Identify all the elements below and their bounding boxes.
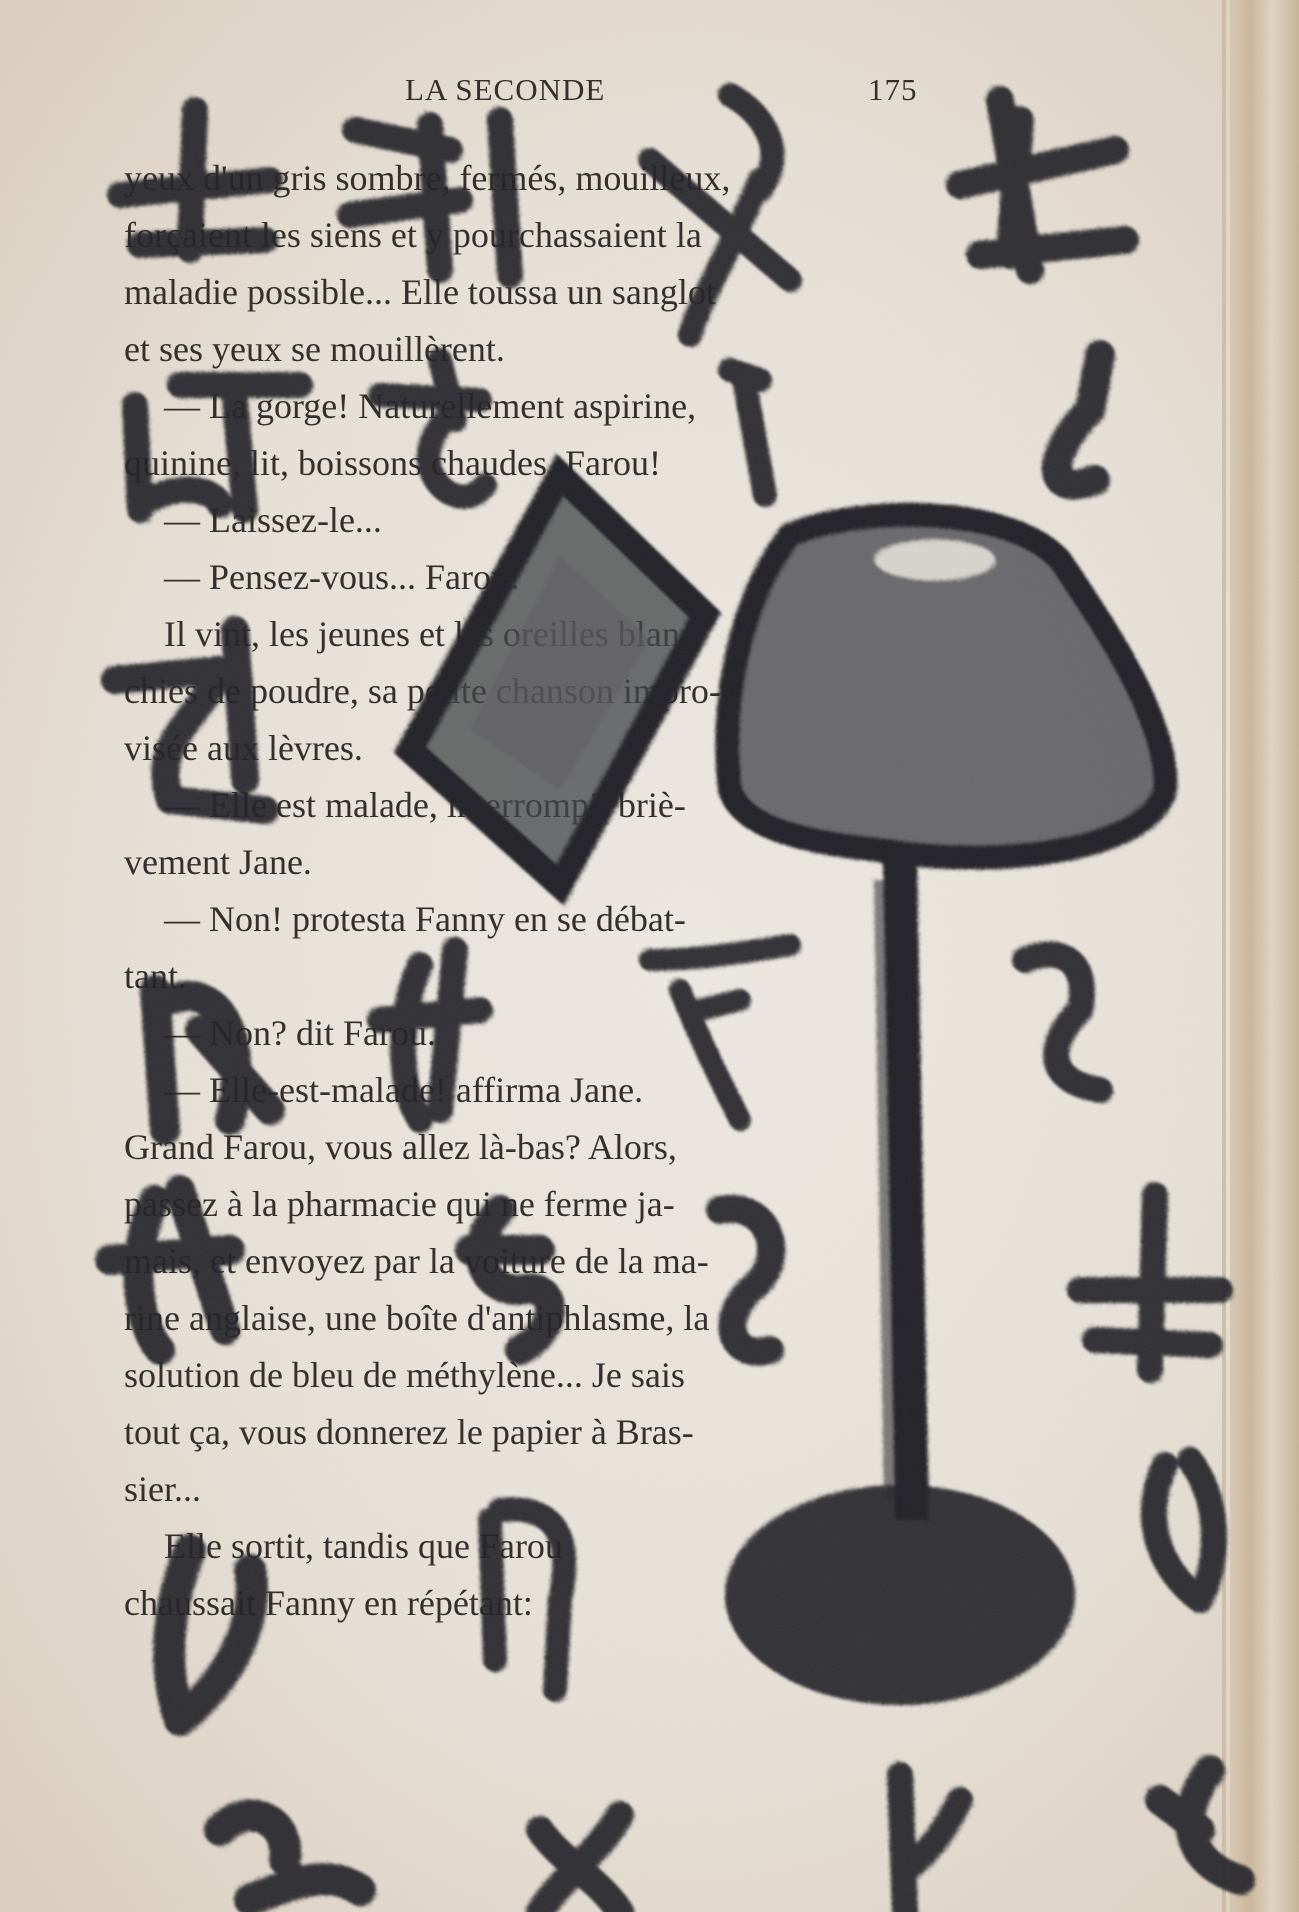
- charcoal-drawing: [0, 0, 1299, 1912]
